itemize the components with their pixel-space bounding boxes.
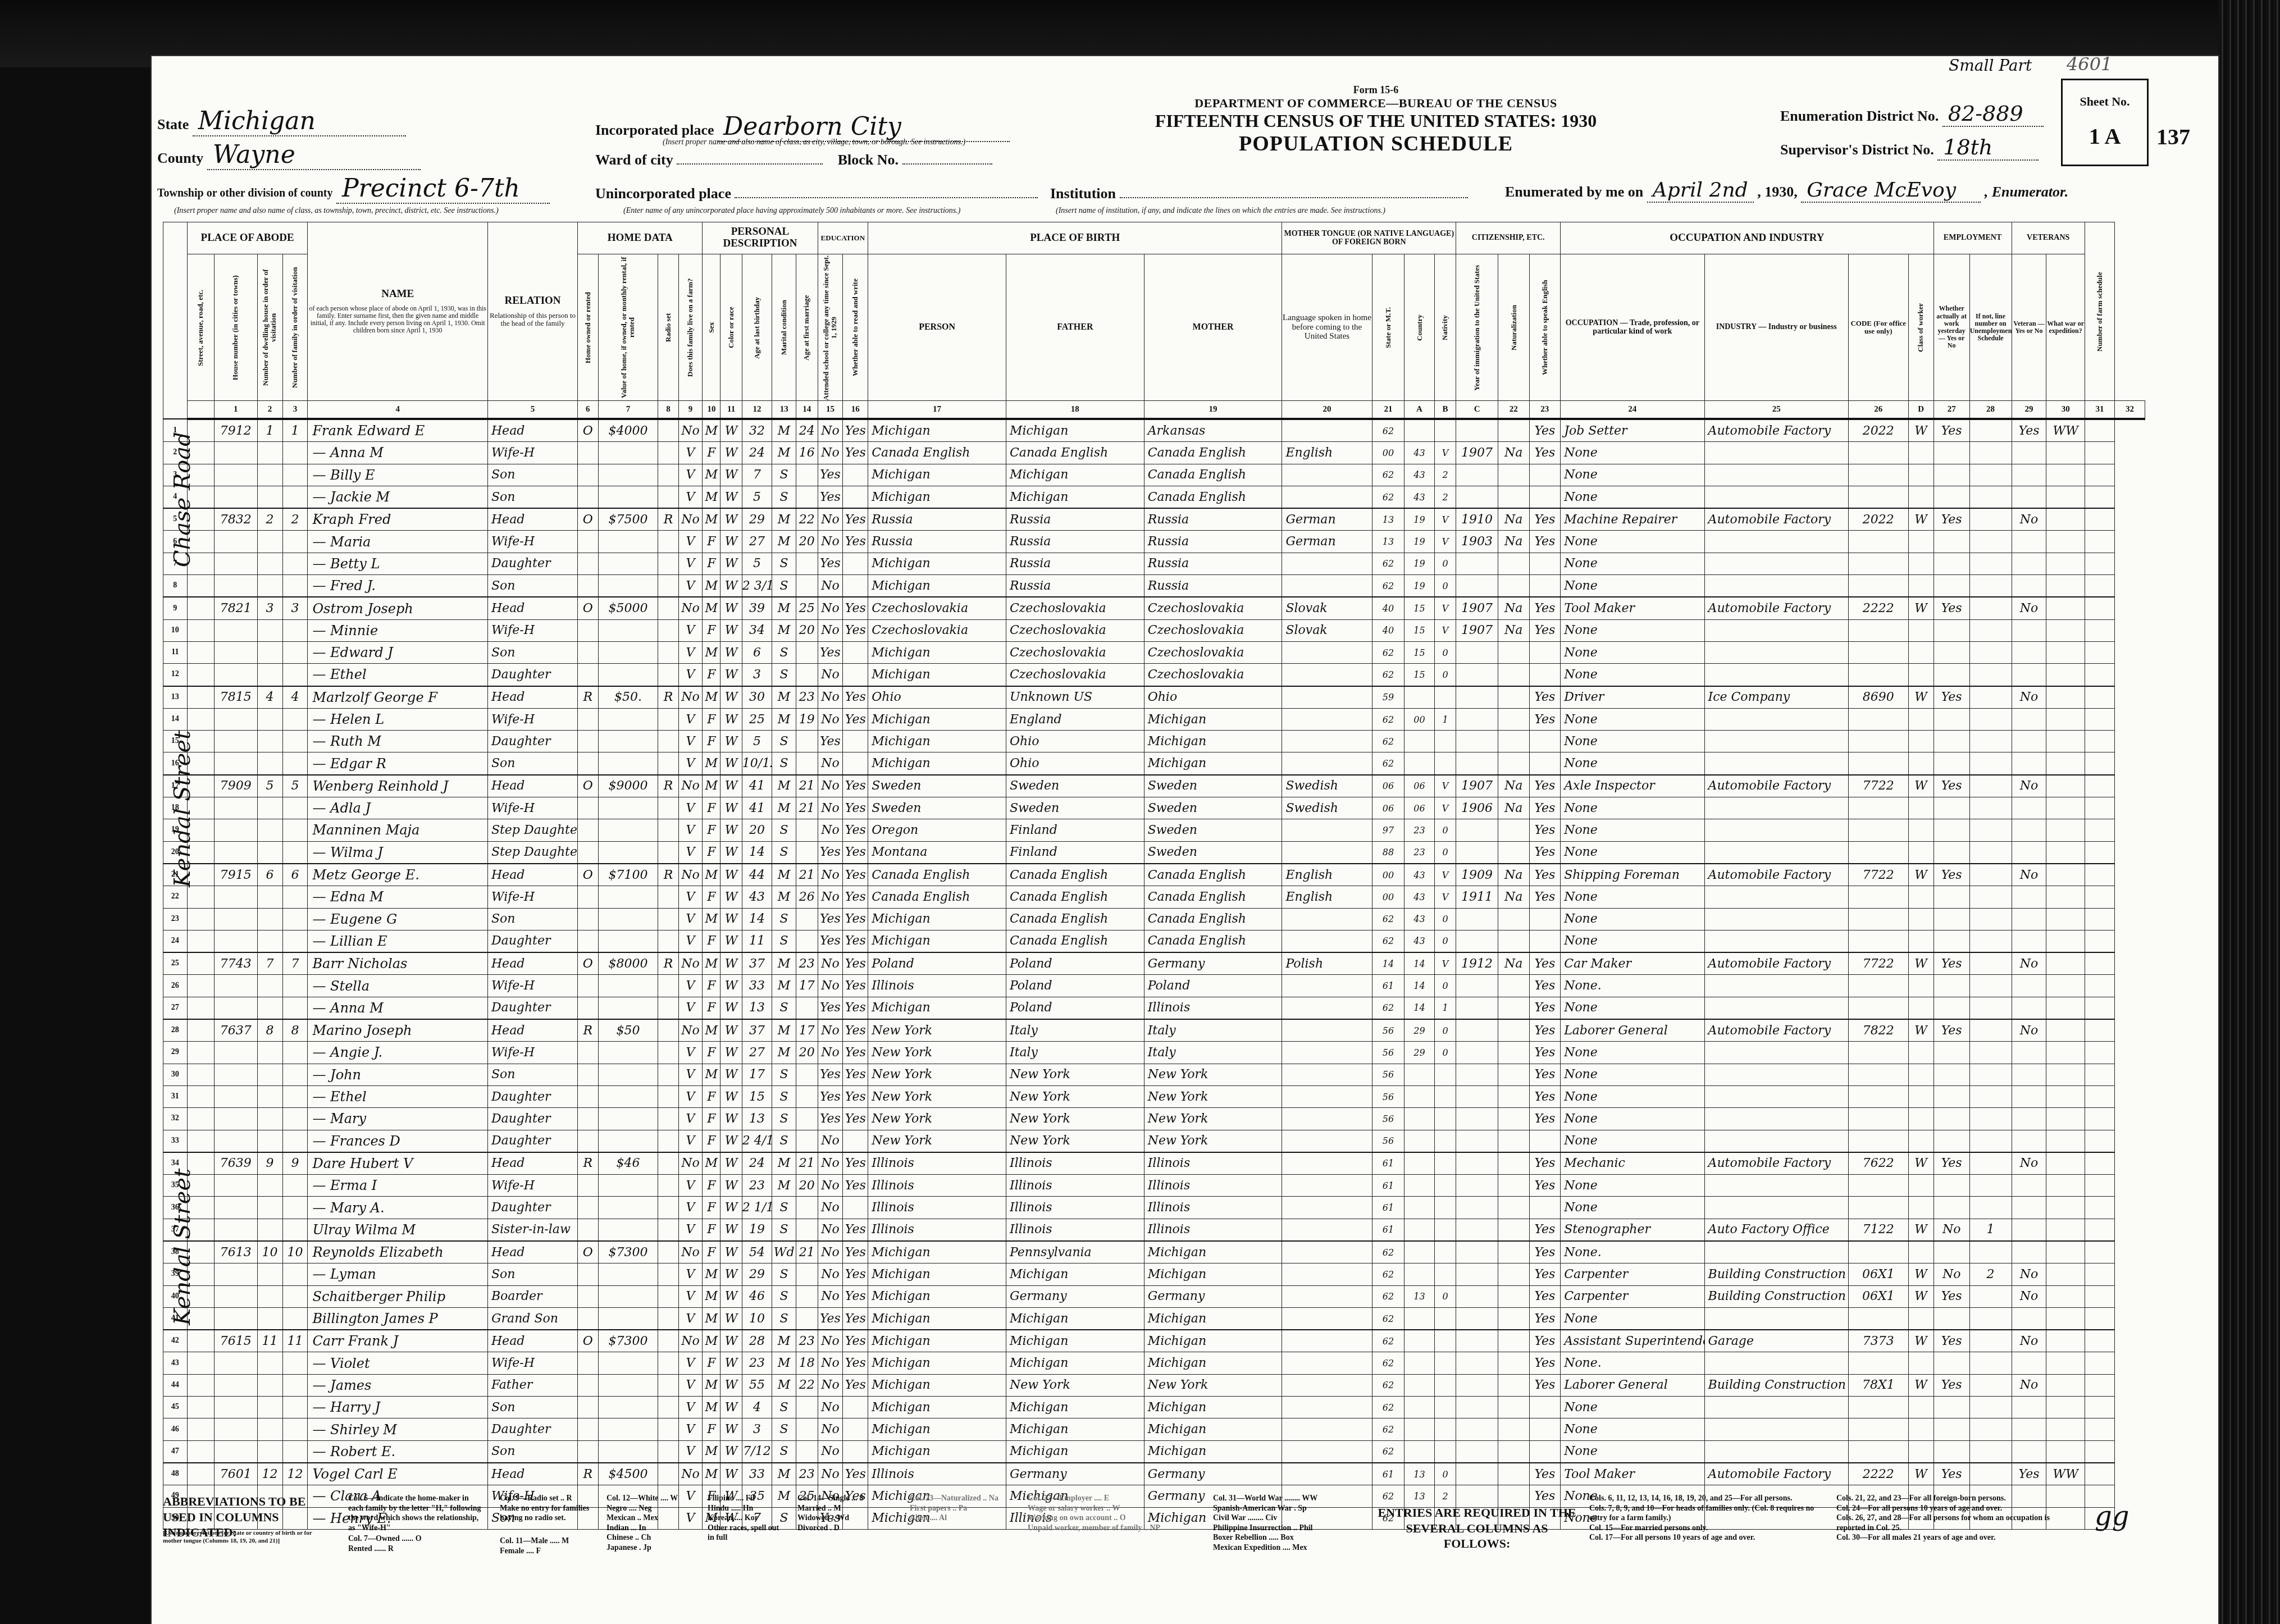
home-value: $7300: [598, 1241, 658, 1263]
code-c: V: [1434, 442, 1456, 464]
township-label: Township or other division of county: [157, 187, 333, 199]
person-name: Metz George E.: [308, 864, 488, 886]
house-number: [214, 1352, 257, 1374]
unemployment-line: [1969, 908, 2012, 930]
farm-schedule: [2085, 864, 2114, 886]
occupation-code: 7722: [1848, 952, 1908, 975]
line-number: 47: [163, 1440, 188, 1463]
naturalization: [1498, 1108, 1530, 1130]
code-c: 0: [1434, 930, 1456, 952]
naturalization: [1498, 1219, 1530, 1241]
relation: Head: [487, 686, 577, 709]
marital-status: S: [772, 553, 796, 574]
occupation-code: [1848, 1130, 1908, 1152]
farm: V: [678, 886, 703, 908]
sex: M: [703, 952, 721, 975]
age-first-marriage: [796, 1263, 818, 1285]
radio-set: [658, 1330, 678, 1352]
veteran: [2012, 1219, 2046, 1241]
school: No: [818, 1197, 843, 1219]
veteran: [2012, 975, 2046, 997]
farm: V: [678, 997, 703, 1019]
unemployment-line: [1969, 686, 2012, 709]
home-value: $46: [598, 1152, 658, 1175]
code-a: 13: [1372, 531, 1405, 553]
code-c: [1434, 1330, 1456, 1352]
code-a: 61: [1372, 1463, 1405, 1485]
farm-schedule: [2085, 1463, 2114, 1485]
at-work: Yes: [1934, 1330, 1969, 1352]
code-c: [1434, 1352, 1456, 1374]
radio-set: [658, 797, 678, 819]
occupation-code: 7822: [1848, 1019, 1908, 1042]
immigration-year: 1910: [1456, 508, 1498, 531]
mother-birthplace: Russia: [1144, 531, 1282, 553]
war: [2046, 1085, 2085, 1107]
marital-status: M: [772, 1042, 796, 1064]
table-row: 14— Helen LWife-HVFW25M19NoYesMichiganEn…: [163, 708, 2145, 730]
census-rows: 1791211Frank Edward EHeadO$4000NoMW32M24…: [163, 419, 2145, 1529]
employment-group-header: EMPLOYMENT: [1934, 222, 2012, 254]
dwelling-number: [257, 1397, 282, 1418]
occupation: None: [1561, 619, 1704, 641]
family-number: [282, 731, 308, 752]
age-first-marriage: 17: [796, 975, 818, 997]
naturalization: [1498, 553, 1530, 574]
code-c: 0: [1434, 819, 1456, 841]
speaks-english: Yes: [1529, 1019, 1561, 1042]
age-first-marriage: 26: [796, 886, 818, 908]
house-number: [214, 1285, 257, 1307]
school: No: [818, 1042, 843, 1064]
line-number: 10: [163, 619, 188, 641]
column-number: B: [1434, 401, 1456, 419]
at-work: Yes: [1934, 1463, 1969, 1485]
home-value: $8000: [598, 952, 658, 975]
radio-set: [658, 930, 678, 952]
mother-birthplace: Michigan: [1144, 1330, 1282, 1352]
radio-set: [658, 841, 678, 864]
immigration-year: [1456, 1108, 1498, 1130]
col-16-header: Attended school or college any time sinc…: [818, 254, 843, 401]
home-owned: [578, 1064, 598, 1085]
immigration-year: [1456, 930, 1498, 952]
veteran: [2012, 486, 2046, 508]
mother-birthplace: New York: [1144, 1064, 1282, 1085]
code-c: [1434, 1197, 1456, 1219]
sex: M: [703, 908, 721, 930]
house-number: [214, 664, 257, 686]
code-b: [1405, 752, 1434, 775]
immigration-year: [1456, 1440, 1498, 1463]
house-number: 7601: [214, 1463, 257, 1485]
radio-set: [658, 1307, 678, 1330]
house-number: [214, 1263, 257, 1285]
code-a: 62: [1372, 641, 1405, 663]
code-a: 56: [1372, 1019, 1405, 1042]
family-number: [282, 708, 308, 730]
code-c: V: [1434, 952, 1456, 975]
person-name: — Lillian E: [308, 930, 488, 952]
farm: V: [678, 1108, 703, 1130]
family-number: 2: [282, 508, 308, 531]
code-b: 29: [1405, 1019, 1434, 1042]
radio-set: [658, 664, 678, 686]
marital-status: M: [772, 797, 796, 819]
immigration-year: [1456, 486, 1498, 508]
sex: M: [703, 1307, 721, 1330]
sex: F: [703, 1108, 721, 1130]
farm: V: [678, 752, 703, 775]
table-row: 43— VioletWife-HVFW23M18NoYesMichiganMic…: [163, 1352, 2145, 1374]
war: [2046, 1285, 2085, 1307]
radio-set: [658, 1463, 678, 1485]
home-value: [598, 819, 658, 841]
farm-schedule: [2085, 1197, 2114, 1219]
code-c: 2: [1434, 464, 1456, 486]
literacy: Yes: [843, 708, 868, 730]
veteran: Yes: [2012, 1463, 2046, 1485]
house-number: 7832: [214, 508, 257, 531]
industry: Automobile Factory: [1704, 1019, 1848, 1042]
mother-tongue: [1282, 1374, 1372, 1396]
family-number: 5: [282, 775, 308, 797]
class-of-worker: [1908, 1440, 1934, 1463]
industry: Building Construction: [1704, 1374, 1848, 1396]
farm: No: [678, 775, 703, 797]
county-label: County: [157, 150, 203, 166]
school: Yes: [818, 641, 843, 663]
literacy: Yes: [843, 1108, 868, 1130]
column-number: 6: [578, 401, 598, 419]
class-of-worker: [1908, 464, 1934, 486]
abbrev-col7: Col. 7—Owned ...... O Rented ...... R: [348, 1534, 483, 1554]
age-first-marriage: 18: [796, 1352, 818, 1374]
at-work: [1934, 997, 1969, 1019]
class-of-worker: [1908, 553, 1934, 574]
house-number: [214, 731, 257, 752]
birthplace: Michigan: [868, 1241, 1006, 1263]
code-b: 43: [1405, 442, 1434, 464]
dwelling-number: 3: [257, 597, 282, 619]
school: No: [818, 1418, 843, 1440]
supervisor-label: Supervisor's District No.: [1780, 142, 1934, 158]
marital-status: M: [772, 442, 796, 464]
family-number: [282, 1285, 308, 1307]
person-name: Kraph Fred: [308, 508, 488, 531]
street-cell: [187, 1330, 214, 1352]
at-work: Yes: [1934, 775, 1969, 797]
age-first-marriage: 21: [796, 797, 818, 819]
house-number: 7615: [214, 1330, 257, 1352]
person-name: — Jackie M: [308, 486, 488, 508]
table-row: 36— Mary A.DaughterVFW2 1/12SNoIllinoisI…: [163, 1197, 2145, 1219]
code-a: 61: [1372, 1175, 1405, 1197]
col-24-header: Whether able to speak English: [1529, 254, 1561, 401]
table-row: 20— Wilma JStep DaughterVFW14SYesYesMont…: [163, 841, 2145, 864]
family-number: [282, 664, 308, 686]
home-value: [598, 797, 658, 819]
home-value: [598, 886, 658, 908]
veteran: [2012, 997, 2046, 1019]
class-of-worker: [1908, 975, 1934, 997]
veteran: [2012, 619, 2046, 641]
sex: M: [703, 752, 721, 775]
literacy: Yes: [843, 819, 868, 841]
age-first-marriage: [796, 1108, 818, 1130]
at-work: Yes: [1934, 597, 1969, 619]
col-1-header: Street, avenue, road, etc.: [187, 254, 214, 401]
code-a: 06: [1372, 775, 1405, 797]
war: [2046, 819, 2085, 841]
literacy: Yes: [843, 1263, 868, 1285]
person-name: Carr Frank J: [308, 1330, 488, 1352]
school: No: [818, 752, 843, 775]
mother-tongue: [1282, 1285, 1372, 1307]
speaks-english: [1529, 731, 1561, 752]
mother-birthplace: Germany: [1144, 952, 1282, 975]
house-number: 7639: [214, 1152, 257, 1175]
naturalization: [1498, 1397, 1530, 1418]
unemployment-line: [1969, 997, 2012, 1019]
mother-birthplace: New York: [1144, 1108, 1282, 1130]
family-number: [282, 1219, 308, 1241]
speaks-english: [1529, 1418, 1561, 1440]
farm-schedule: [2085, 1263, 2114, 1285]
family-number: [282, 442, 308, 464]
class-of-worker: [1908, 1130, 1934, 1152]
school: No: [818, 419, 843, 442]
table-row: 47— Robert E.SonVMW7/12SNoMichiganMichig…: [163, 1440, 2145, 1463]
at-work: [1934, 575, 1969, 597]
school: Yes: [818, 464, 843, 486]
code-c: [1434, 752, 1456, 775]
race: W: [721, 819, 742, 841]
table-row: 6— MariaWife-HVFW27M20NoYesRussiaRussiaR…: [163, 531, 2145, 553]
war: [2046, 641, 2085, 663]
dwelling-number: [257, 819, 282, 841]
column-number: 13: [772, 401, 796, 419]
mother-tongue: English: [1282, 864, 1372, 886]
code-c: [1434, 1064, 1456, 1085]
father-birthplace: Czechoslovakia: [1006, 619, 1144, 641]
radio-set: R: [658, 686, 678, 709]
naturalization: [1498, 1197, 1530, 1219]
mother-tongue: [1282, 1330, 1372, 1352]
age-first-marriage: [796, 1219, 818, 1241]
age: 34: [742, 619, 772, 641]
abbrev-col11: Col. 11—Male ..... M Female .... F: [500, 1536, 590, 1556]
relation: Son: [487, 908, 577, 930]
home-value: $7100: [598, 864, 658, 886]
school: Yes: [818, 1085, 843, 1107]
house-number: [214, 1042, 257, 1064]
farm-schedule: [2085, 1397, 2114, 1418]
industry: [1704, 1108, 1848, 1130]
occupation: None: [1561, 641, 1704, 663]
school: No: [818, 1175, 843, 1197]
occupation: None: [1561, 841, 1704, 864]
unemployment-line: [1969, 1152, 2012, 1175]
radio-set: [658, 1064, 678, 1085]
father-birthplace: Illinois: [1006, 1175, 1144, 1197]
mother-birthplace: Italy: [1144, 1042, 1282, 1064]
code-a: 59: [1372, 686, 1405, 709]
relation: Daughter: [487, 930, 577, 952]
age: 7: [742, 464, 772, 486]
farm: V: [678, 908, 703, 930]
home-value: [598, 664, 658, 686]
naturalization: [1498, 731, 1530, 752]
farm-schedule: [2085, 597, 2114, 619]
industry: [1704, 531, 1848, 553]
class-of-worker: W: [1908, 1263, 1934, 1285]
occupation-code: [1848, 1307, 1908, 1330]
column-number: 23: [1529, 401, 1561, 419]
farm: V: [678, 486, 703, 508]
mother-birthplace: Russia: [1144, 575, 1282, 597]
code-c: [1434, 1374, 1456, 1396]
occupation-code: [1848, 930, 1908, 952]
mother-tongue: [1282, 1064, 1372, 1085]
unemployment-line: [1969, 486, 2012, 508]
naturalization: [1498, 1440, 1530, 1463]
person-name: — Shirley M: [308, 1418, 488, 1440]
col-32-header: Number of farm schedule: [2085, 222, 2114, 401]
veteran: [2012, 1085, 2046, 1107]
immigration-year: [1456, 731, 1498, 752]
home-owned: R: [578, 1152, 598, 1175]
father-birthplace: Ohio: [1006, 752, 1144, 775]
veteran: [2012, 664, 2046, 686]
class-of-worker: [1908, 1352, 1934, 1374]
home-value: [598, 731, 658, 752]
radio-set: [658, 575, 678, 597]
column-number: 15: [818, 401, 843, 419]
mother-birthplace: Canada English: [1144, 886, 1282, 908]
marital-status: M: [772, 864, 796, 886]
relation: Daughter: [487, 1108, 577, 1130]
col-10-header: Does this family live on a farm?: [678, 254, 703, 401]
col-C-header: Nativity: [1434, 254, 1456, 401]
table-row: 41Billington James PGrand SonVMW10SYesYe…: [163, 1307, 2145, 1330]
immigration-year: [1456, 1374, 1498, 1396]
industry: Automobile Factory: [1704, 864, 1848, 886]
farm: V: [678, 797, 703, 819]
unemployment-line: [1969, 442, 2012, 464]
code-b: [1405, 1352, 1434, 1374]
occupation-code: 06X1: [1848, 1285, 1908, 1307]
relation: Head: [487, 1241, 577, 1263]
family-number: [282, 531, 308, 553]
house-number: 7912: [214, 419, 257, 442]
code-a: 40: [1372, 597, 1405, 619]
age: 32: [742, 419, 772, 442]
column-number: 32: [2115, 401, 2145, 419]
age-first-marriage: [796, 930, 818, 952]
school: No: [818, 1241, 843, 1263]
age: 29: [742, 1263, 772, 1285]
immigration-year: 1906: [1456, 797, 1498, 819]
home-owned: [578, 1175, 598, 1197]
farm-schedule: [2085, 641, 2114, 663]
at-work: [1934, 797, 1969, 819]
occupation-code: [1848, 664, 1908, 686]
relation: Daughter: [487, 1418, 577, 1440]
marital-status: S: [772, 1307, 796, 1330]
literacy: Yes: [843, 908, 868, 930]
birthplace: Illinois: [868, 1219, 1006, 1241]
code-c: [1434, 419, 1456, 442]
farm: No: [678, 1330, 703, 1352]
family-number: [282, 975, 308, 997]
family-number: [282, 819, 308, 841]
age-first-marriage: [796, 752, 818, 775]
marital-status: S: [772, 731, 796, 752]
occupation-code: 2022: [1848, 419, 1908, 442]
school: No: [818, 775, 843, 797]
industry: [1704, 1175, 1848, 1197]
enumerator-name: Grace McEvoy: [1801, 179, 1981, 203]
home-owned: [578, 752, 598, 775]
street-cell: [187, 908, 214, 930]
table-row: 23— Eugene GSonVMW14SYesYesMichiganCanad…: [163, 908, 2145, 930]
relation: Wife-H: [487, 1175, 577, 1197]
radio-set: [658, 1241, 678, 1263]
dwelling-number: [257, 575, 282, 597]
war: [2046, 553, 2085, 574]
unemployment-line: [1969, 952, 2012, 975]
street-cell: [187, 1352, 214, 1374]
column-number: 25: [1704, 401, 1848, 419]
home-owned: O: [578, 597, 598, 619]
war: [2046, 1130, 2085, 1152]
code-b: [1405, 1197, 1434, 1219]
radio-set: [658, 1152, 678, 1175]
home-owned: [578, 930, 598, 952]
column-number: 12: [742, 401, 772, 419]
marital-status: Wd: [772, 1241, 796, 1263]
marital-status: S: [772, 908, 796, 930]
family-number: 10: [282, 1241, 308, 1263]
war: [2046, 464, 2085, 486]
annotation-number: 4601: [2067, 53, 2112, 75]
dwelling-number: 1: [257, 419, 282, 442]
industry: [1704, 975, 1848, 997]
unemployment-line: [1969, 1175, 2012, 1197]
code-a: 62: [1372, 908, 1405, 930]
col-22-header: Year of immigration to the United States: [1456, 254, 1498, 401]
unemployment-line: 1: [1969, 1219, 2012, 1241]
dwelling-number: [257, 619, 282, 641]
marital-status: M: [772, 1152, 796, 1175]
immigration-year: 1907: [1456, 775, 1498, 797]
farm-schedule: [2085, 1042, 2114, 1064]
farm-schedule: [2085, 975, 2114, 997]
person-name: — Edgar R: [308, 752, 488, 775]
war: [2046, 1042, 2085, 1064]
home-owned: [578, 819, 598, 841]
veteran: No: [2012, 1263, 2046, 1285]
speaks-english: Yes: [1529, 1330, 1561, 1352]
home-value: [598, 442, 658, 464]
mother-birthplace: Canada English: [1144, 930, 1282, 952]
code-a: 56: [1372, 1042, 1405, 1064]
radio-set: [658, 531, 678, 553]
code-c: [1434, 686, 1456, 709]
veteran: [2012, 886, 2046, 908]
table-row: 45— Harry JSonVMW4SNoMichiganMichiganMic…: [163, 1397, 2145, 1418]
